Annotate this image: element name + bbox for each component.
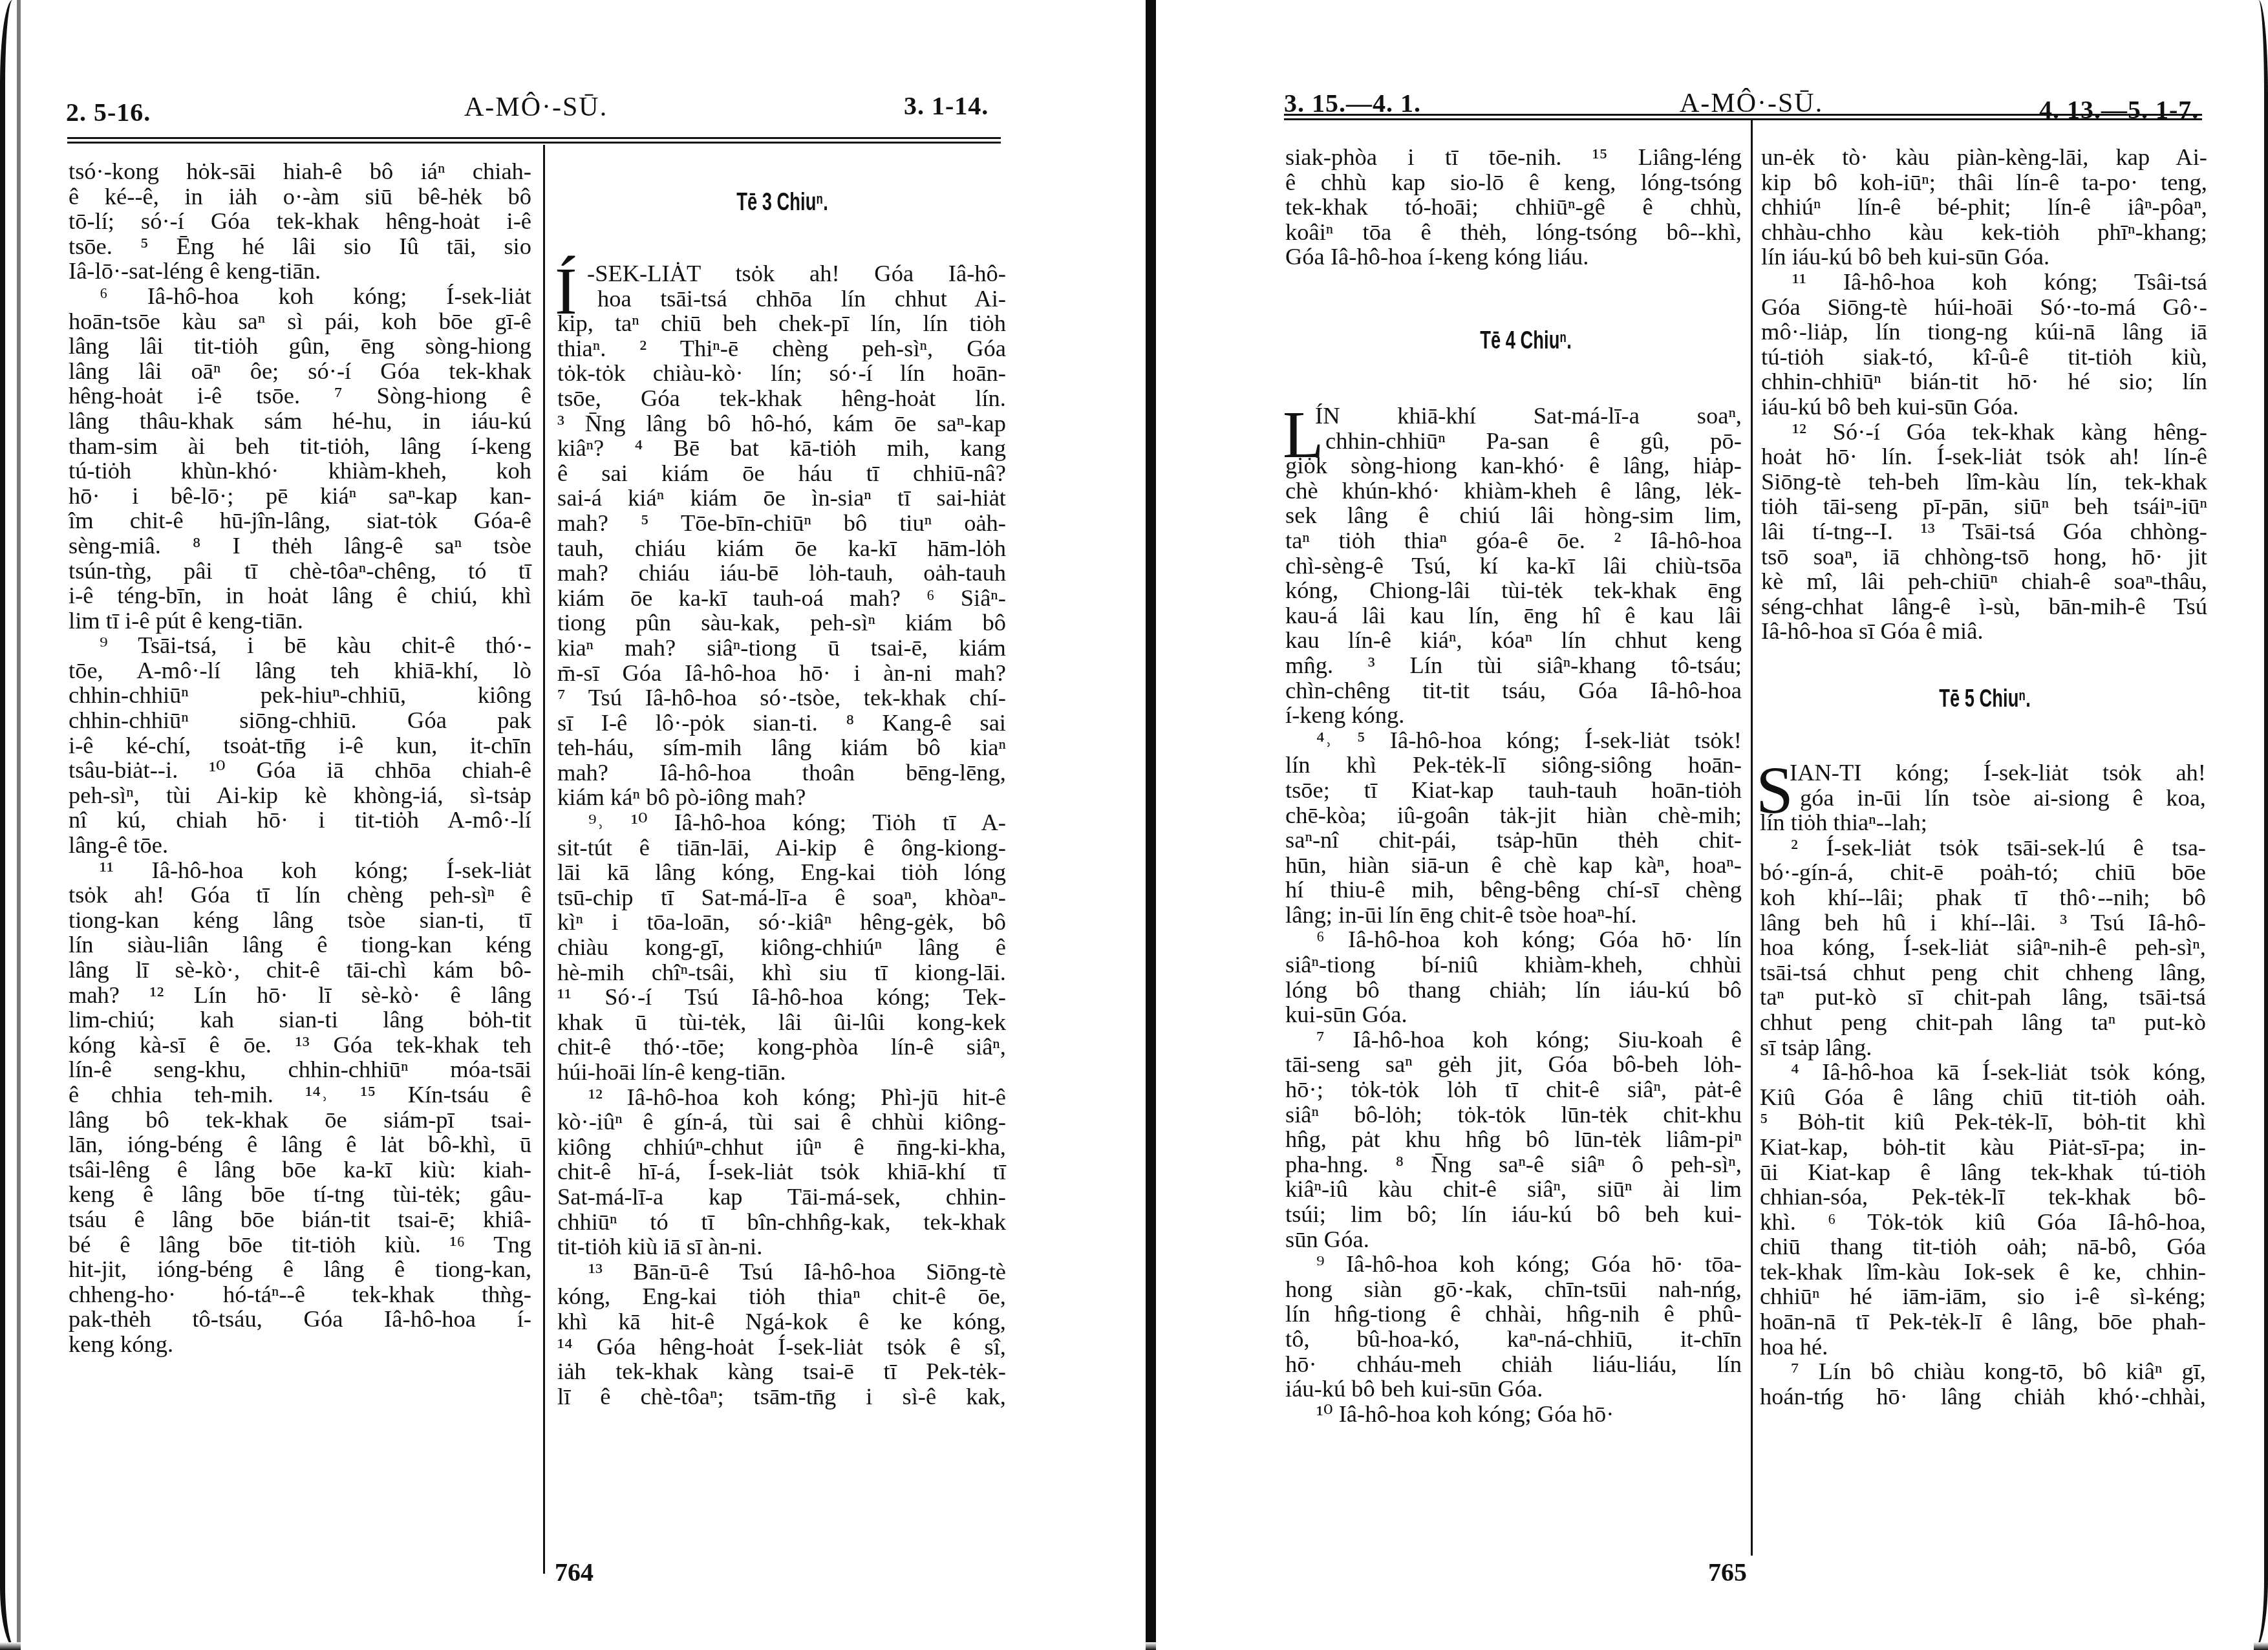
- text-line: chē-kòa; iû-goân tȧk-jit hiàn chè-mih;: [1285, 803, 1742, 828]
- text-line: tek-khak lîm-kàu Iok-sek ê ke, chhin-: [1760, 1259, 2206, 1285]
- text-line: tiȯh tāi-seng pī-pān, siūⁿ beh tsáiⁿ-iūⁿ: [1761, 494, 2207, 519]
- text-line: teh-háu, sím-mih lâng kiám bô kiaⁿ: [557, 735, 1006, 760]
- text-line: ê chhia teh-mih. ¹⁴˒ ¹⁵ Kín-tsáu ê: [69, 1082, 531, 1108]
- text-line: sūn Góa.: [1285, 1227, 1742, 1252]
- text-line: tiong-kan kéng lâng tsòe sian-ti, tī: [69, 908, 531, 933]
- text-line: kóng kà-sī ê ōe. ¹³ Góa tek-khak teh: [69, 1033, 531, 1058]
- text-line: ¹¹ Iâ-hô-hoa koh kóng; Tsâi-tsá: [1761, 270, 2207, 295]
- text-line: tsōe; tī Kiat-kap tauh-tauh hoān-tiȯh: [1285, 778, 1742, 803]
- page-number-765: 765: [1708, 1557, 1747, 1587]
- text-line: tsōe, Góa tek-khak hêng-hoȧt lín.: [557, 386, 1006, 411]
- text-line: taⁿ tiȯh thiaⁿ góa-ê ōe. ² Iâ-hô-hoa: [1285, 528, 1742, 553]
- text-line: ūi Kiat-kap ê lâng tek-khak tú-tiȯh: [1760, 1160, 2206, 1185]
- text-line: iáu-kú bô beh kui-sūn Góa.: [1761, 394, 2207, 420]
- text-line: hoa hé.: [1760, 1334, 2206, 1360]
- text-line: kui-sūn Góa.: [1285, 1002, 1742, 1027]
- text-line: chhut peng chit-pah lâng taⁿ put-kò: [1760, 1010, 2206, 1035]
- text-line: lī ê chè-tôaⁿ; tsām-tn̄g i sì-ê kak,: [557, 1384, 1006, 1409]
- text-line: lóng bô thang chiȧh; lín iáu-kú bô: [1285, 978, 1742, 1003]
- right-column-2: IAN-TI kóng; Í-sek-liȧt tsȯk ah!góa in-ū…: [1760, 760, 2206, 1409]
- text-line: húi-hoāi lín-ê keng-tiān.: [557, 1060, 1006, 1085]
- text-line: tsâi-lêng ê lâng bōe ka-kī kiù: kiah-: [69, 1157, 531, 1183]
- text-line: -SEK-LIȦT tsȯk ah! Góa Iâ-hô-: [557, 261, 1006, 286]
- text-line: tsōe. ⁵ Ēng hé lâi sio Iû tāi, sio: [69, 234, 531, 259]
- text-line: siak-phòa i tī tōe-nih. ¹⁵ Liâng-léng: [1285, 145, 1742, 170]
- text-line: sai-á kiáⁿ kiám ōe ìn-siaⁿ tī sai-hiȧt: [557, 486, 1006, 511]
- text-line: ⁴ Iâ-hô-hoa kā Í-sek-liȧt tsȯk kóng,: [1760, 1060, 2206, 1085]
- left-header-range-right: 3. 1-14.: [904, 91, 989, 121]
- text-line: hō·; tȯk-tȯk lȯh tī chit-ê siâⁿ, pȧt-ê: [1285, 1077, 1742, 1102]
- text-line: lín tiȯh thiaⁿ--lah;: [1760, 810, 2206, 835]
- text-line: bé ê lâng bōe tit-tiȯh kiù. ¹⁶ Tng: [69, 1232, 531, 1258]
- text-line: lim-chiú; kah sian-ti lâng bȯh-tit: [69, 1007, 531, 1033]
- text-line: chì-sèng-ê Tsú, kí ka-kī lâi chiù-tsōa: [1285, 553, 1742, 579]
- text-line: Góa Iâ-hô-hoa í-keng kóng liáu.: [1285, 244, 1742, 270]
- text-line: hè-mih chîⁿ-tsâi, khì siu tī kiong-lāi.: [557, 960, 1006, 985]
- text-line: ¹³ Bān-ū-ê Tsú Iâ-hô-hoa Siōng-tè: [557, 1259, 1006, 1285]
- text-line: peh-sìⁿ, tùi Ai-kip kè khòng-iá, sì-tsȧp: [69, 783, 531, 808]
- text-line: lâng; in-ūi lín ēng chit-ê tsòe hoaⁿ-hí.: [1285, 903, 1742, 928]
- text-line: Kiû Góa ê lâng chiū tit-tiȯh oȧh.: [1760, 1085, 2206, 1110]
- text-line: ê ké--ê, in iȧh o·-àm siū bê-hėk bô: [69, 184, 531, 209]
- text-line: tú-tiȯh siak-tó, kî-û-ê tit-tiȯh kiù,: [1761, 345, 2207, 370]
- text-line: lâng bô tek-khak ōe siám-pī tsai-: [69, 1108, 531, 1133]
- text-line: iáu-kú bô beh kui-sūn Góa.: [1285, 1377, 1742, 1402]
- text-line: lâng lâi oāⁿ ôe; só·-í Góa tek-khak: [69, 359, 531, 384]
- text-line: tauh, chiáu kiám ōe ka-kī hām-lȯh: [557, 536, 1006, 561]
- text-line: hong siàn gō·-kak, chīn-tsūi nah-nńg,: [1285, 1277, 1742, 1302]
- text-line: ⁹ Tsāi-tsá, i bē kàu chit-ê thó·-: [69, 633, 531, 658]
- text-line: thiaⁿ. ² Thiⁿ-ē chèng peh-sìⁿ, Góa: [557, 336, 1006, 361]
- text-line: Iâ-lō·-sat-léng ê keng-tiān.: [69, 259, 531, 284]
- text-line: khì. ⁶ Tȯk-tȯk kiû Góa Iâ-hô-hoa,: [1760, 1210, 2206, 1235]
- text-line: hō· i bê-lō·; pē kiáⁿ saⁿ-kap kan-: [69, 484, 531, 509]
- text-line: séng-chhat lâng-ê ì-sù, bān-mih-ê Tsú: [1761, 594, 2207, 619]
- text-line: tō-lí; só·-í Góa tek-khak hêng-hoȧt i-ê: [69, 209, 531, 234]
- text-line: kò·-iûⁿ ê gín-á, tùi sai ê chhùi kiông-: [557, 1109, 1006, 1135]
- text-line: tsâu-biȧt--i. ¹⁰ Góa iā chhōa chiah-ê: [69, 758, 531, 783]
- text-line: chit-ê hī-á, Í-sek-liȧt tsȯk khiā-khí tī: [557, 1159, 1006, 1184]
- text-line: ³ N̄ng lâng bô hô-hó, kám ōe saⁿ-kap: [557, 411, 1006, 436]
- text-line: ¹⁴ Góa hêng-hoȧt Í-sek-liȧt tsȯk ê sî,: [557, 1334, 1006, 1360]
- text-line: lâng thâu-khak sám hé-hu, in iáu-kú: [69, 409, 531, 434]
- text-line: tek-khak tó-hoāi; chhiūⁿ-gê ê chhù,: [1285, 195, 1742, 220]
- text-line: kiaⁿ mah? siâⁿ-tiong ū tsai-ē, kiám: [557, 636, 1006, 661]
- text-line: khak ū tùi-tėk, lâi ûi-lûi kong-kek: [557, 1010, 1006, 1035]
- right-column-1-top: siak-phòa i tī tōe-nih. ¹⁵ Liâng-léngê c…: [1285, 145, 1742, 270]
- text-line: tiong pûn sàu-kak, peh-sìⁿ kiám bô: [557, 610, 1006, 636]
- text-line: lim tī i-ê pút ê keng-tiān.: [69, 608, 531, 634]
- text-line: ⁶ Iâ-hô-hoa koh kóng; Í-sek-liȧt: [69, 284, 531, 309]
- text-line: hoán-tńg hō· lâng chiȧh khó·-chhài,: [1760, 1384, 2206, 1409]
- text-line: kóng, Eng-kai tiȯh thiaⁿ chit-ê ōe,: [557, 1284, 1006, 1309]
- text-line: tsō soaⁿ, iā chhòng-tsō hong, hō· jit: [1761, 544, 2207, 570]
- left-header-range-left: 2. 5-16.: [66, 97, 151, 127]
- text-line: ¹² Iâ-hô-hoa koh kóng; Phì-jū hit-ê: [557, 1085, 1006, 1110]
- text-line: ¹¹ Iâ-hô-hoa koh kóng; Í-sek-liȧt: [69, 858, 531, 883]
- text-line: tsó·-kong hȯk-sāi hiah-ê bô iáⁿ chiah-: [69, 159, 531, 184]
- left-column-divider: [543, 145, 545, 1574]
- text-line: mah? Iâ-hô-hoa thoân bēng-lēng,: [557, 760, 1006, 786]
- left-header-title: A-MÔ·-SŪ.: [464, 92, 608, 123]
- text-line: lâng lâi tit-tiȯh gûn, ēng sòng-hiong: [69, 334, 531, 359]
- text-line: tsún-tǹg, pâi tī chè-tôaⁿ-chêng, tó tī: [69, 559, 531, 584]
- text-line: lâng lī sè-kò·, chit-ê tāi-chì kám bô-: [69, 958, 531, 983]
- text-line: tit-tiȯh kiù iā sī àn-ni.: [557, 1234, 1006, 1259]
- text-line: koh khí--lâi; phak tī thô·--nih; bô: [1760, 885, 2206, 910]
- text-line: giȯk sòng-hiong kan-khó· ê lâng, hiȧp-: [1285, 453, 1742, 478]
- text-line: lín hn̂g-tiong ê chhài, hn̂g-nih ê phû-: [1285, 1302, 1742, 1327]
- text-line: tsáu ê lâng bōe bián-tit tsai-ē; khiâ-: [69, 1207, 531, 1232]
- text-line: tȯk-tȯk chiàu-kò· lín; só·-í lín hoān-: [557, 361, 1006, 386]
- text-line: hoān-nā tī Pek-tėk-lī ê lâng, bōe phah-: [1760, 1309, 2206, 1334]
- text-line: ¹² Só·-í Góa tek-khak kàng hêng-: [1761, 420, 2207, 445]
- text-line: tāi-seng saⁿ gėh jit, Góa bô-beh lȯh-: [1285, 1052, 1742, 1077]
- text-line: ⁷ Iâ-hô-hoa koh kóng; Siu-koah ê: [1285, 1027, 1742, 1053]
- text-line: pak-thėh tô-tsáu, Góa Iâ-hô-hoa í-: [69, 1307, 531, 1332]
- right-column-1: ÍN khiā-khí Sat-má-lī-a soaⁿ,chhin-chhiū…: [1285, 403, 1742, 1426]
- text-line: chhàu-chho kàu kek-tiȯh phīⁿ-khang;: [1761, 220, 2207, 245]
- book-gutter: [1146, 0, 1156, 1650]
- text-line: lān, ióng-béng ê lâng ê lȧt bô-khì, ū: [69, 1132, 531, 1157]
- text-line: siâⁿ-tiong bí-niû khiàm-kheh, chhùi: [1285, 952, 1742, 978]
- text-line: nî kú, chiah hō· i tit-tiȯh A-mô·-lí: [69, 808, 531, 833]
- text-line: ⁹ Iâ-hô-hoa koh kóng; Góa hō· tōa-: [1285, 1252, 1742, 1277]
- text-line: kè mî, lâi peh-chiūⁿ chiah-ê soaⁿ-thâu,: [1761, 569, 2207, 594]
- text-line: Siōng-tè teh-beh lîm-kàu lín, tek-khak: [1761, 469, 2207, 495]
- text-line: hn̂g, pȧt khu hn̂g bô lūn-tėk liâm-piⁿ: [1285, 1127, 1742, 1152]
- text-line: IAN-TI kóng; Í-sek-liȧt tsȯk ah!: [1760, 760, 2206, 786]
- text-line: tsȯk ah! Góa tī lín chèng peh-sìⁿ ê: [69, 883, 531, 908]
- text-line: góa in-ūi lín tsòe ai-siong ê koa,: [1760, 786, 2206, 811]
- text-line: mah? chiáu iáu-bē lȯh-tauh, oȧh-tauh: [557, 561, 1006, 586]
- text-line: tsúi; lim bô; lín iáu-kú bô beh kui-: [1285, 1202, 1742, 1227]
- text-line: kiám káⁿ bô pò-iông mah?: [557, 785, 1006, 810]
- text-line: kip, taⁿ chiū beh chek-pī lín, lín tiȯh: [557, 311, 1006, 336]
- text-line: chhiūⁿ hé iām-iām, sio i-ê sì-kéng;: [1760, 1284, 2206, 1309]
- text-line: tsāi-tsá chhut peng chit chheng lâng,: [1760, 960, 2206, 985]
- text-line: hō· chháu-meh chiȧh liáu-liáu, lín: [1285, 1352, 1742, 1377]
- text-line: mah? ⁵ Tōe-bīn-chiūⁿ bô tiuⁿ oȧh-: [557, 511, 1006, 536]
- text-line: siâⁿ bô-lȯh; tȯk-tȯk lūn-tėk chit-khu: [1285, 1102, 1742, 1128]
- text-line: ê chhù kap sio-lō ê keng, lóng-tsóng: [1285, 170, 1742, 195]
- text-line: lín siàu-liân lâng ê tiong-kan kéng: [69, 932, 531, 958]
- text-line: lín khì Pek-tėk-lī siông-siông hoān-: [1285, 753, 1742, 778]
- text-line: bó·-gín-á, chit-ē poȧh-tó; chiū bōe: [1760, 860, 2206, 885]
- text-line: ⁵ Bȯh-tit kiû Pek-tėk-lī, bȯh-tit khì: [1760, 1109, 2206, 1135]
- text-line: chhin-chhiūⁿ siōng-chhiū. Góa pak: [69, 708, 531, 733]
- text-line: mô·-liȧp, lín tiong-ng kúi-nā lâng iā: [1761, 319, 2207, 345]
- text-line: ⁴˒ ⁵ Iâ-hô-hoa kóng; Í-sek-liȧt tsȯk!: [1285, 728, 1742, 753]
- chapter-5-heading: Tē 5 Chiuⁿ.: [1906, 685, 2064, 713]
- text-line: hoān-tsōe kàu saⁿ sì pái, koh bōe gī-ê: [69, 309, 531, 334]
- text-line: Iâ-hô-hoa sī Góa ê miâ.: [1761, 619, 2207, 644]
- text-line: tham-sim ài beh tit-tiȯh, lâng í-keng: [69, 434, 531, 459]
- text-line: kiông chhiúⁿ-chhut iûⁿ ê n̄ng-ki-kha,: [557, 1135, 1006, 1160]
- text-line: lín iáu-kú bô beh kui-sūn Góa.: [1761, 244, 2207, 270]
- text-line: kìⁿ i tōa-loān, só·-kiâⁿ hêng-gėk, bô: [557, 910, 1006, 935]
- text-line: lāi kā lâng kóng, Eng-kai tiȯh lóng: [557, 860, 1006, 885]
- text-line: hêng-hoȧt i-ê tsōe. ⁷ Sòng-hiong ê: [69, 383, 531, 409]
- text-line: koâiⁿ tōa ê thėh, lóng-tsóng bô--khì,: [1285, 220, 1742, 245]
- left-header-double-rule: [67, 137, 1001, 144]
- text-line: Sat-má-lī-a kap Tāi-má-sek, chhin-: [557, 1184, 1006, 1210]
- text-line: pha-hng. ⁸ N̄ng saⁿ-ê siâⁿ ô peh-sìⁿ,: [1285, 1152, 1742, 1177]
- right-header-double-rule: [1284, 114, 2202, 120]
- text-line: chhin-chhiūⁿ bián-tit hō· hé sio; lín: [1761, 369, 2207, 394]
- text-line: ¹⁰ Iâ-hô-hoa koh kóng; Góa hō·: [1285, 1402, 1742, 1427]
- text-line: lâng beh hû i khí--lâi. ³ Tsú Iâ-hô-: [1760, 910, 2206, 936]
- text-line: keng ê lâng bōe tí-tng tùi-tėk; gâu-: [69, 1182, 531, 1207]
- text-line: chhin-chhiūⁿ Pa-san ê gû, pō-: [1285, 429, 1742, 454]
- text-line: chiàu kong-gī, kiông-chhiúⁿ lâng ê: [557, 935, 1006, 960]
- text-line: kiám ōe ka-kī tauh-oá mah? ⁶ Siâⁿ-: [557, 586, 1006, 611]
- text-line: iȧh tek-khak kàng tsai-ē tī Pek-tėk-: [557, 1359, 1006, 1384]
- chapter-3-heading: Tē 3 Chiuⁿ.: [703, 189, 862, 217]
- text-line: kiâⁿ-iû kàu chit-ê siâⁿ, siūⁿ ài lim: [1285, 1177, 1742, 1202]
- text-line: kóng, Chiong-lâi tùi-tėk tek-khak ēng: [1285, 578, 1742, 603]
- text-line: ⁹˒ ¹⁰ Iâ-hô-hoa kóng; Tiȯh tī A-: [557, 810, 1006, 835]
- text-line: kau-á lâi kau lín, ēng hî ê kau lâi: [1285, 603, 1742, 628]
- text-line: chìn-chêng tit-tit tsáu, Góa Iâ-hô-hoa: [1285, 678, 1742, 703]
- text-line: sek lâng ê chiú lâi hòng-sim lim,: [1285, 503, 1742, 528]
- text-line: sèng-miâ. ⁸ I thėh lâng-ê saⁿ tsòe: [69, 533, 531, 559]
- text-line: tōe, A-mô·-lí lâng teh khiā-khí, lò: [69, 658, 531, 683]
- text-line: tsū-chip tī Sat-má-lī-a ê soaⁿ, khòaⁿ-: [557, 885, 1006, 910]
- text-line: hí thiu-ê mih, bêng-bêng chí-sī chèng: [1285, 877, 1742, 903]
- text-line: sī tsȧp lâng.: [1760, 1035, 2206, 1060]
- text-line: chhian-sóa, Pek-tėk-lī tek-khak bô-: [1760, 1184, 2206, 1210]
- text-line: mah? ¹² Lín hō· lī sè-kò· ê lâng: [69, 983, 531, 1008]
- chapter-4-heading: Tē 4 Chiuⁿ.: [1447, 327, 1605, 355]
- text-line: chheng-ho· hó-táⁿ--ê tek-khak thǹg-: [69, 1282, 531, 1307]
- text-line: taⁿ put-kò sī chit-pah lâng, tsāi-tsá: [1760, 985, 2206, 1010]
- text-line: kip bô koh-iūⁿ; thâi lín-ê ta-po· teng,: [1761, 170, 2207, 195]
- right-column-divider: [1751, 120, 1753, 1556]
- text-line: ⁷ Lín bô chiàu kong-tō, bô kiâⁿ gī,: [1760, 1359, 2206, 1384]
- text-line: tô, bû-hoa-kó, kaⁿ-ná-chhiū, it-chīn: [1285, 1327, 1742, 1352]
- text-line: mn̂g. ³ Lín tùi siâⁿ-khang tô-tsáu;: [1285, 653, 1742, 678]
- text-line: chhiúⁿ lín-ê bé-phit; lín-ê iâⁿ-pôaⁿ,: [1761, 195, 2207, 220]
- text-line: chè khún-khó· khiàm-kheh ê lâng, lėk-: [1285, 478, 1742, 504]
- text-line: saⁿ-nî chit-pái, tsȧp-hūn thėh chit-: [1285, 828, 1742, 853]
- text-line: chit-ê thó·-tōe; kong-phòa lín-ê siâⁿ,: [557, 1034, 1006, 1060]
- right-column-2-top: un-ėk tò· kàu piàn-kèng-lāi, kap Ai-kip …: [1761, 145, 2207, 644]
- text-line: m̄-sī Góa Iâ-hô-hoa hō· i àn-ni mah?: [557, 661, 1006, 686]
- text-line: chhin-chhiūⁿ pek-hiuⁿ-chhiū, kiông: [69, 683, 531, 708]
- text-line: ê sai kiám ōe háu tī chhiū-nâ?: [557, 461, 1006, 486]
- text-line: hoȧt hō· lín. Í-sek-liȧt tsȯk ah! lín-ê: [1761, 444, 2207, 469]
- text-line: tú-tiȯh khùn-khó· khiàm-kheh, koh: [69, 458, 531, 484]
- text-line: chhiūⁿ tó tī bîn-chhn̂g-kak, tek-khak: [557, 1210, 1006, 1235]
- text-line: îm chit-ê hū-jîn-lâng, siat-tȯk Góa-ê: [69, 508, 531, 533]
- text-line: khì kā hit-ê Ngá-kok ê ke kóng,: [557, 1309, 1006, 1334]
- text-line: hūn, hiàn siā-un ê chè kap kàⁿ, hoaⁿ-: [1285, 853, 1742, 878]
- text-line: un-ėk tò· kàu piàn-kèng-lāi, kap Ai-: [1761, 145, 2207, 170]
- text-line: í-keng kóng.: [1285, 703, 1742, 728]
- text-line: ⁷ Tsú Iâ-hô-hoa só·-tsòe, tek-khak chí-: [557, 685, 1006, 711]
- page-number-764: 764: [555, 1557, 594, 1587]
- text-line: chiū thang tit-tiȯh oȧh; nā-bô, Góa: [1760, 1234, 2206, 1259]
- text-line: i-ê téng-bīn, in hoȧt lâng ê chiú, khì: [69, 583, 531, 608]
- text-line: ¹¹ Só·-í Tsú Iâ-hô-hoa kóng; Tek-: [557, 985, 1006, 1010]
- text-line: kau lín-ê kiáⁿ, kóaⁿ lín chhut keng: [1285, 628, 1742, 653]
- text-line: sit-tút ê tiān-lāi, Ai-kip ê ông-kiong-: [557, 835, 1006, 861]
- text-line: Kiat-kap, bȯh-tit kàu Piȧt-sī-pa; in-: [1760, 1135, 2206, 1160]
- text-line: ⁶ Iâ-hô-hoa koh kóng; Góa hō· lín: [1285, 927, 1742, 952]
- text-line: lâng-ê tōe.: [69, 833, 531, 858]
- left-page-edge: [0, 0, 17, 1650]
- text-line: lâi tí-tng--I. ¹³ Tsāi-tsá Góa chhòng-: [1761, 519, 2207, 544]
- left-column-2: -SEK-LIȦT tsȯk ah! Góa Iâ-hô-hoa tsāi-ts…: [557, 261, 1006, 1409]
- text-line: kiâⁿ? ⁴ Bē bat kā-tiȯh mih, kang: [557, 436, 1006, 461]
- text-line: hoa tsāi-tsá chhōa lín chhut Ai-: [557, 286, 1006, 312]
- text-line: i-ê ké-chí, tsoȧt-tn̄g i-ê kun, it-chīn: [69, 733, 531, 758]
- text-line: sī I-ê lô·-pȯk sian-ti. ⁸ Kang-ê sai: [557, 711, 1006, 736]
- text-line: Góa Siōng-tè húi-hoāi Só·-to-má Gô·-: [1761, 295, 2207, 320]
- text-line: lín-ê seng-khu, chhin-chhiūⁿ móa-tsāi: [69, 1057, 531, 1082]
- text-line: ² Í-sek-liȧt tsȯk tsāi-sek-lú ê tsa-: [1760, 835, 2206, 861]
- text-line: ÍN khiā-khí Sat-má-lī-a soaⁿ,: [1285, 403, 1742, 429]
- left-column-1: tsó·-kong hȯk-sāi hiah-ê bô iáⁿ chiah-ê …: [69, 159, 531, 1357]
- text-line: keng kóng.: [69, 1332, 531, 1357]
- text-line: hoa kóng, Í-sek-liȧt siâⁿ-nih-ê peh-sìⁿ,: [1760, 935, 2206, 960]
- right-page-edge: [2254, 0, 2268, 1650]
- text-line: hit-jit, ióng-béng ê lâng ê tiong-kan,: [69, 1257, 531, 1282]
